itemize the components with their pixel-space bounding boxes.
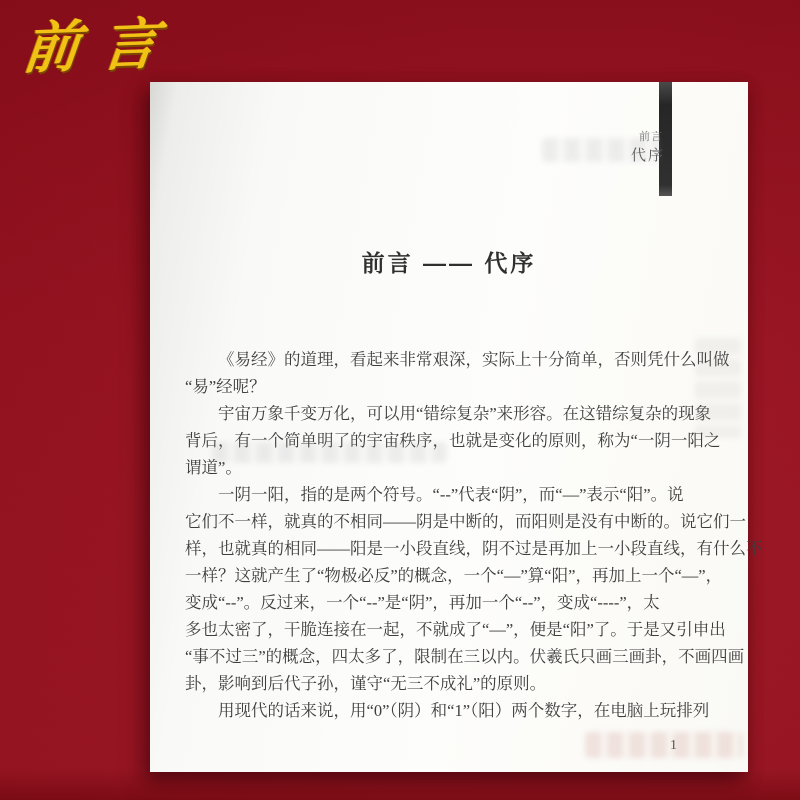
body-line: 一样？这就产生了“物极必反”的概念，一个“—”算“阳”，再加上一个“—”， [185,562,715,589]
page-title: 前言 —— 代序 [150,245,748,278]
body-line: 宇宙万象千变万化，可以用“错综复杂”来形容。在这错综复杂的现象 [185,400,715,427]
body-line: 多也太密了，干脆连接在一起，不就成了“—”，便是“阳”了。于是又引申出 [185,616,715,643]
watermark [585,732,743,758]
book-photo: { "banner": { "calligraphy": "前言" }, "pa… [0,0,800,800]
page-number: 1 [670,738,677,754]
body-line: 一阴一阳，指的是两个符号。“--”代表“阴”，而“—”表示“阳”。说 [185,481,715,508]
body-line: 它们不一样，就真的不相同——阴是中断的，而阳则是没有中断的。说它们一 [185,508,715,535]
body-line: 用现代的话来说，用“0”（阴）和“1”（阳）两个数字，在电脑上玩排列 [185,697,715,724]
body-text: 《易经》的道理，看起来非常艰深，实际上十分简单，否则凭什么叫做 “易”经呢？ 宇… [185,346,715,724]
running-head-chapter: 前言 [639,128,663,144]
book-page: 前言 代序 前言 —— 代序 《易经》的道理，看起来非常艰深，实际上十分简单，否… [150,82,748,772]
body-line: “易”经呢？ [185,373,715,400]
body-line: 卦，影响到后代子孙，谨守“无三不成礼”的原则。 [185,670,715,697]
body-line: 背后，有一个简单明了的宇宙秩序，也就是变化的原则，称为“一阴一阳之 [185,427,715,454]
body-line: “事不过三”的概念，四太多了，限制在三以内。伏羲氏只画三画卦，不画四画 [185,643,715,670]
running-head-section: 代序 [631,144,665,165]
body-line: 样，也就真的相同——阳是一小段直线，阴不过是再加上一小段直线，有什么不 [185,535,715,562]
body-line: 《易经》的道理，看起来非常艰深，实际上十分简单，否则凭什么叫做 [185,346,715,373]
body-line: 谓道”。 [185,454,715,481]
banner-calligraphy-title: 前言 [19,0,184,85]
body-line: 变成“--”。反过来，一个“--”是“阴”，再加一个“--”，变成“----”，… [185,589,715,616]
